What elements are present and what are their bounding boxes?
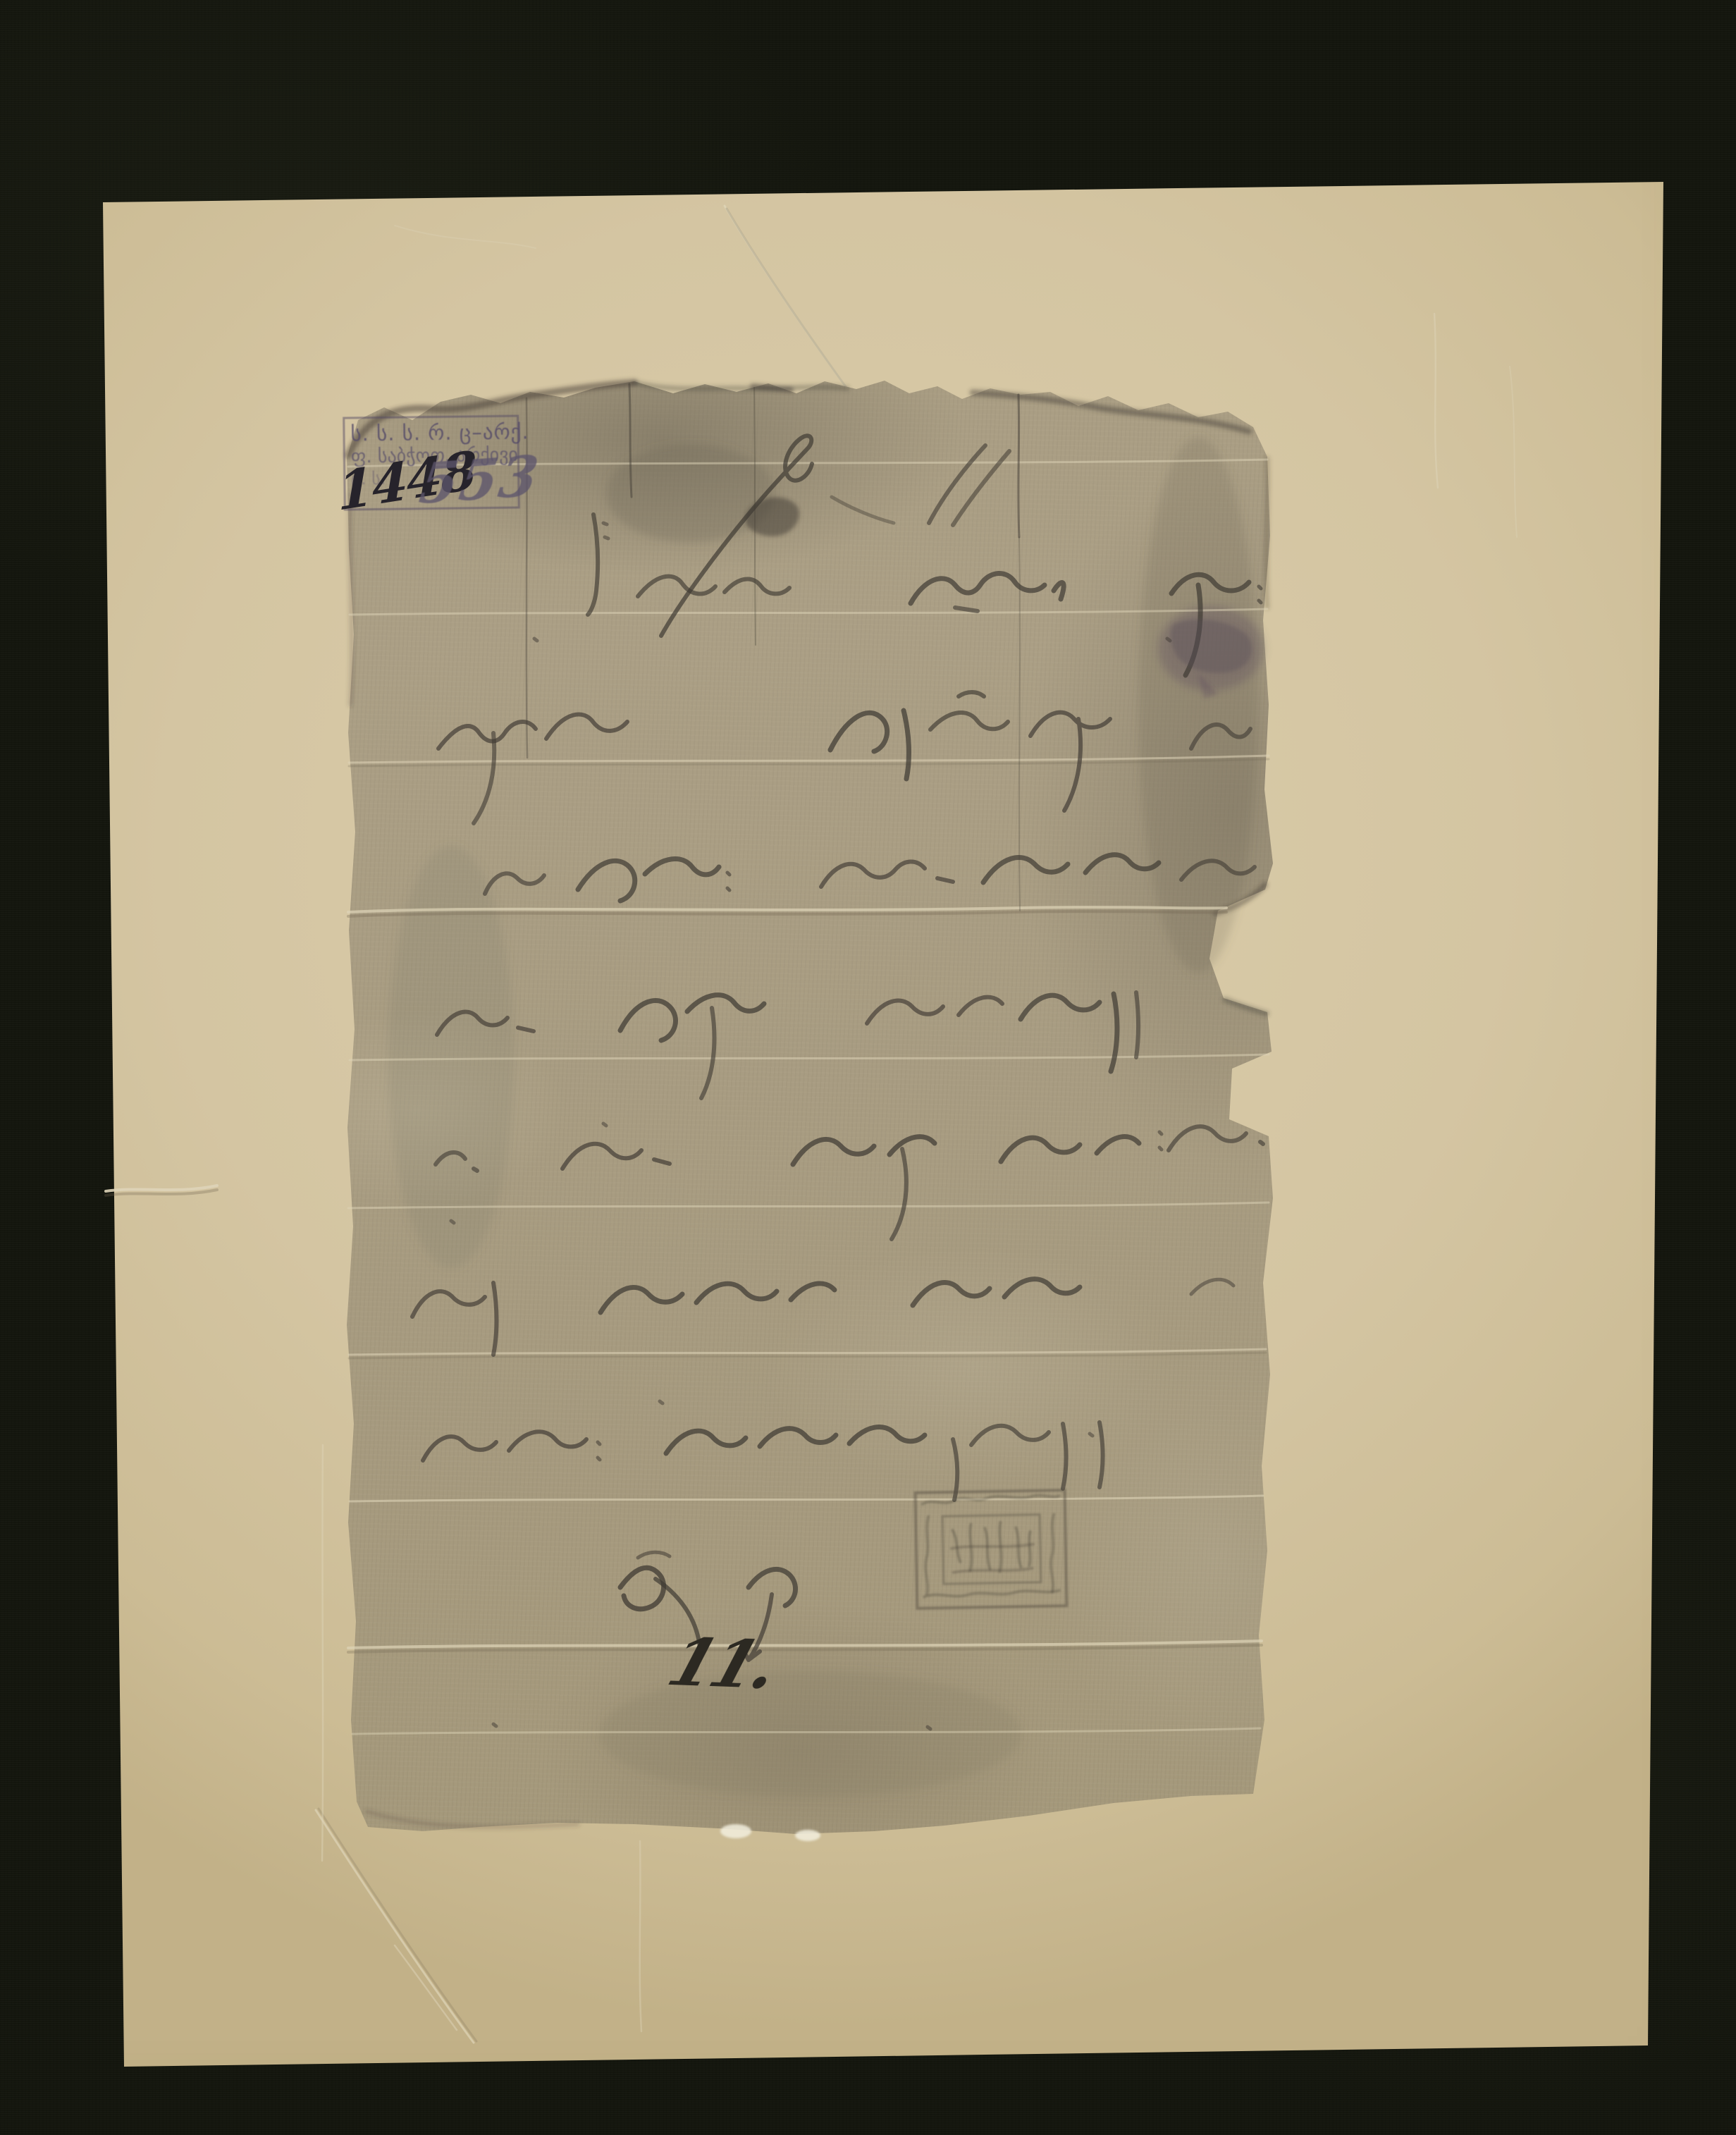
repair-mark [795,1830,820,1841]
archive-number: 553 [416,444,543,517]
stamp-line-1: ს. ს. ს. რ. ც–არქ. [350,420,512,447]
repair-mark [720,1824,751,1838]
archival-photo: ს. ს. ს. რ. ც–არქ. ფ. საბჭოთ. არქივი ც. … [0,0,1736,2135]
